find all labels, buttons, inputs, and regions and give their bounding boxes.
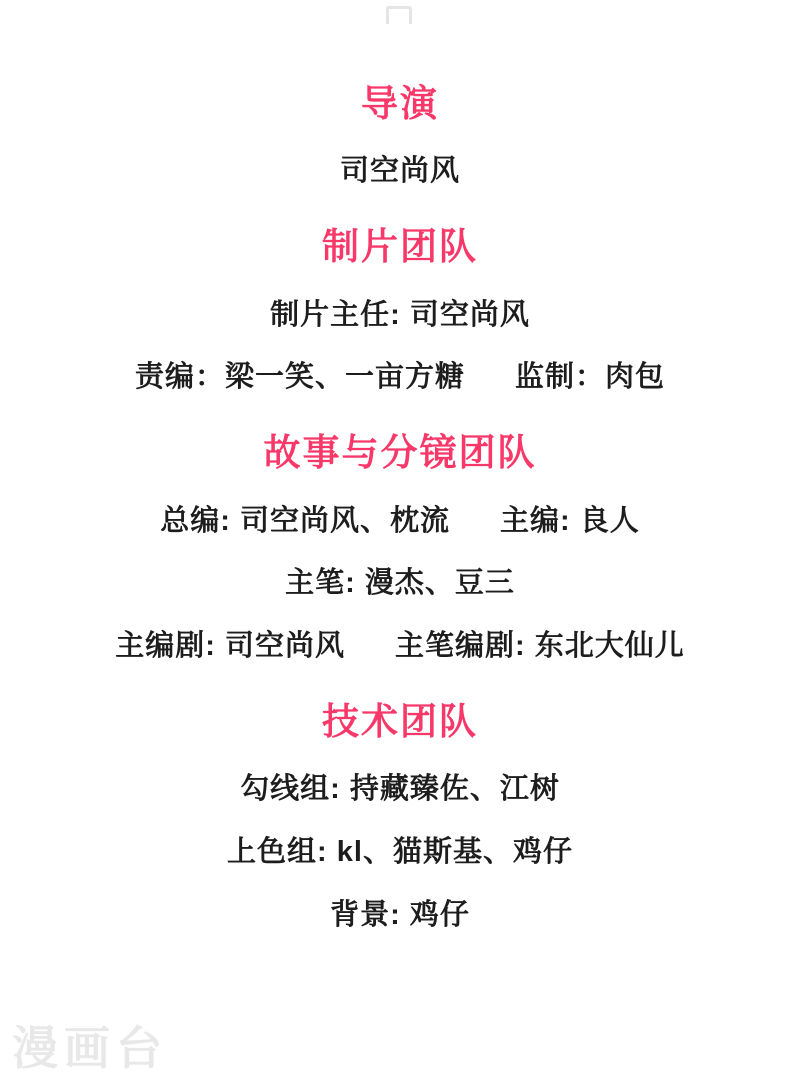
section-technical-team: 技术团队 勾线组: 持藏臻佐、江树 上色组: kl、猫斯基、鸡仔 背景: 鸡仔	[0, 700, 800, 933]
credit-row: 勾线组: 持藏臻佐、江树	[0, 772, 800, 807]
credit-text: 监制：肉包	[515, 360, 665, 395]
manhuatai-watermark: 漫画台	[12, 1012, 168, 1074]
credit-row: 上色组: kl、猫斯基、鸡仔	[0, 835, 800, 870]
section-title-production: 制片团队	[0, 225, 800, 269]
credit-text: 上色组: kl、猫斯基、鸡仔	[227, 835, 573, 870]
clipped-glyph-artifact	[386, 6, 412, 24]
credit-row: 背景: 鸡仔	[0, 898, 800, 933]
section-title-technical: 技术团队	[0, 700, 800, 744]
credit-text: 责编：梁一笑、一亩方糖	[135, 360, 465, 395]
section-title-director: 导演	[0, 82, 800, 126]
credits-page: 导演 司空尚风 制片团队 制片主任: 司空尚风 责编：梁一笑、一亩方糖 监制：肉…	[0, 0, 800, 1074]
section-director: 导演 司空尚风	[0, 82, 800, 189]
credit-text: 主笔: 漫杰、豆三	[285, 566, 515, 601]
credit-row: 责编：梁一笑、一亩方糖 监制：肉包	[0, 360, 800, 395]
credit-text: 主编剧: 司空尚风	[115, 629, 345, 664]
credit-text: 总编: 司空尚风、枕流	[160, 504, 450, 539]
credit-text: 背景: 鸡仔	[330, 898, 470, 933]
credit-row: 主编剧: 司空尚风 主笔编剧: 东北大仙儿	[0, 629, 800, 664]
credit-text: 主编: 良人	[500, 504, 640, 539]
credit-row: 总编: 司空尚风、枕流 主编: 良人	[0, 504, 800, 539]
credit-row: 制片主任: 司空尚风	[0, 298, 800, 333]
credit-text: 主笔编剧: 东北大仙儿	[395, 629, 685, 664]
credit-text: 勾线组: 持藏臻佐、江树	[240, 772, 560, 807]
credit-text: 司空尚风	[340, 154, 460, 189]
section-story-storyboard-team: 故事与分镜团队 总编: 司空尚风、枕流 主编: 良人 主笔: 漫杰、豆三 主编剧…	[0, 431, 800, 664]
credit-row: 主笔: 漫杰、豆三	[0, 566, 800, 601]
credit-text: 制片主任: 司空尚风	[270, 298, 530, 333]
section-title-story: 故事与分镜团队	[0, 431, 800, 475]
section-production-team: 制片团队 制片主任: 司空尚风 责编：梁一笑、一亩方糖 监制：肉包	[0, 225, 800, 395]
credit-row: 司空尚风	[0, 154, 800, 189]
